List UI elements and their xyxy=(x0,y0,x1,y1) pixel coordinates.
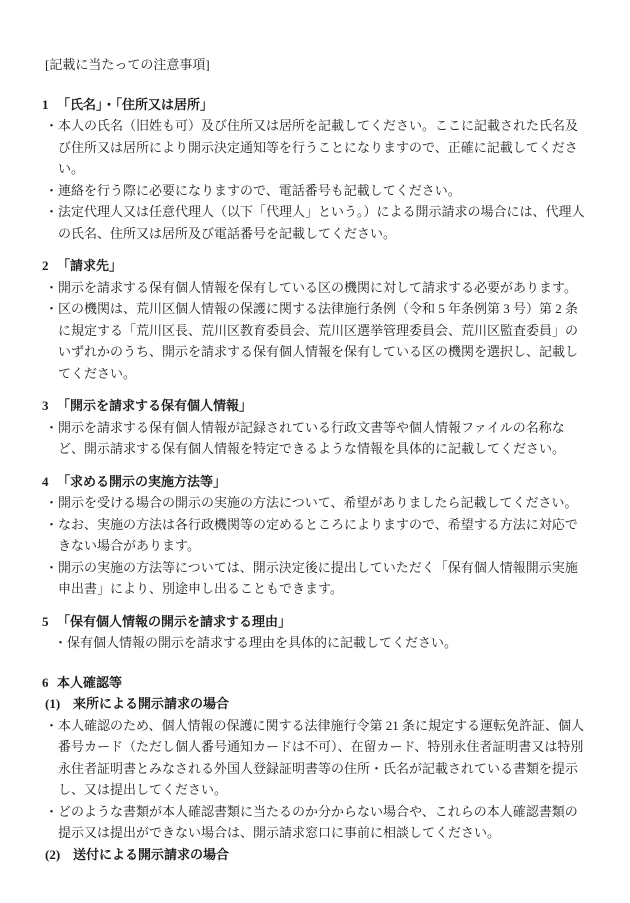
subsection-heading: 送付による開示請求の場合 xyxy=(73,844,590,866)
bullet-item: ・ 本人確認のため、個人情報の保護に関する法律施行令第 21 条に規定する運転免… xyxy=(45,715,590,801)
bullet-text: 本人確認のため、個人情報の保護に関する法律施行令第 21 条に規定する運転免許証… xyxy=(58,715,590,801)
section-header: 4 「求める開示の実施方法等」 xyxy=(42,471,590,493)
document-page: [記載に当たっての注意事項] 1 「氏名」・「住所又は居所」 ・ 本人の氏名（旧… xyxy=(0,0,630,903)
section-header: 1 「氏名」・「住所又は居所」 xyxy=(42,94,590,116)
section-riyu: 5 「保有個人情報の開示を請求する理由」 ・ 保有個人情報の開示を請求する理由を… xyxy=(42,611,590,654)
bullet-glyph: ・ xyxy=(45,115,58,180)
section-header: 3 「開示を請求する保有個人情報」 xyxy=(42,395,590,417)
section-number: 2 xyxy=(42,255,57,277)
bullet-glyph: ・ xyxy=(45,801,58,844)
bullet-glyph: ・ xyxy=(45,417,58,460)
bullet-item: ・ 区の機関は、荒川区個人情報の保護に関する法律施行条例（令和 5 年条例第 3… xyxy=(45,298,590,384)
bullet-text: 開示を請求する保有個人情報が記録されている行政文書等や個人情報ファイルの名称など… xyxy=(58,417,590,460)
bullet-item: ・ 開示を請求する保有個人情報が記録されている行政文書等や個人情報ファイルの名称… xyxy=(45,417,590,460)
bullet-item: ・ 開示を請求する保有個人情報を保有している区の機関に対して請求する必要がありま… xyxy=(45,277,590,299)
section-heading: 「保有個人情報の開示を請求する理由」 xyxy=(57,611,590,633)
section-number: 6 xyxy=(42,672,57,694)
section-honnin-kakunin: 6 本人確認等 (1) 来所による開示請求の場合 ・ 本人確認のため、個人情報の… xyxy=(42,672,590,866)
section-header: 5 「保有個人情報の開示を請求する理由」 xyxy=(42,611,590,633)
bullet-glyph: ・ xyxy=(45,298,58,384)
bullet-glyph: ・ xyxy=(45,514,58,557)
subsection-heading: 来所による開示請求の場合 xyxy=(73,693,590,715)
bullet-text: 本人の氏名（旧姓も可）及び住所又は居所を記載してください。ここに記載された氏名及… xyxy=(58,115,590,180)
bullet-glyph: ・ xyxy=(45,557,58,600)
section-kaiji-joho: 3 「開示を請求する保有個人情報」 ・ 開示を請求する保有個人情報が記録されてい… xyxy=(42,395,590,460)
section-number: 3 xyxy=(42,395,57,417)
bullet-item: ・ 連絡を行う際に必要になりますので、電話番号も記載してください。 xyxy=(45,180,590,202)
bullet-glyph: ・ xyxy=(45,715,58,801)
bullet-text: 開示を受ける場合の開示の実施の方法について、希望がありましたら記載してください。 xyxy=(58,492,590,514)
section-number: 4 xyxy=(42,471,57,493)
subsection-header-raisho: (1) 来所による開示請求の場合 xyxy=(45,693,590,715)
section-shimei: 1 「氏名」・「住所又は居所」 ・ 本人の氏名（旧姓も可）及び住所又は居所を記載… xyxy=(42,94,590,245)
section-number: 5 xyxy=(42,611,57,633)
bullet-glyph: ・ xyxy=(45,492,58,514)
bullet-glyph: ・ xyxy=(45,277,58,299)
bullet-glyph: ・ xyxy=(45,201,58,244)
section-header: 2 「請求先」 xyxy=(42,255,590,277)
bullet-text: どのような書類が本人確認書類に当たるのか分からない場合や、これらの本人確認書類の… xyxy=(58,801,590,844)
section-number: 1 xyxy=(42,94,57,116)
bullet-text: 区の機関は、荒川区個人情報の保護に関する法律施行条例（令和 5 年条例第 3 号… xyxy=(58,298,590,384)
bullet-text: 保有個人情報の開示を請求する理由を具体的に記載してください。 xyxy=(67,632,590,654)
bullet-item: ・ 開示を受ける場合の開示の実施の方法について、希望がありましたら記載してくださ… xyxy=(45,492,590,514)
bullet-text: なお、実施の方法は各行政機関等の定めるところによりますので、希望する方法に対応で… xyxy=(58,514,590,557)
subsection-header-sofu: (2) 送付による開示請求の場合 xyxy=(45,844,590,866)
section-heading: 「氏名」・「住所又は居所」 xyxy=(57,94,590,116)
bullet-text: 開示の実施の方法等については、開示決定後に提出していただく「保有個人情報開示実施… xyxy=(58,557,590,600)
section-heading: 「開示を請求する保有個人情報」 xyxy=(57,395,590,417)
bullet-text: 開示を請求する保有個人情報を保有している区の機関に対して請求する必要があります。 xyxy=(58,277,590,299)
bullet-item: ・ 本人の氏名（旧姓も可）及び住所又は居所を記載してください。ここに記載された氏… xyxy=(45,115,590,180)
bullet-glyph: ・ xyxy=(54,632,67,654)
section-header: 6 本人確認等 xyxy=(42,672,590,694)
bullet-text: 連絡を行う際に必要になりますので、電話番号も記載してください。 xyxy=(58,180,590,202)
bullet-item: ・ どのような書類が本人確認書類に当たるのか分からない場合や、これらの本人確認書… xyxy=(45,801,590,844)
bullet-item: ・ 開示の実施の方法等については、開示決定後に提出していただく「保有個人情報開示… xyxy=(45,557,590,600)
section-heading: 「請求先」 xyxy=(57,255,590,277)
subsection-label: (1) xyxy=(45,693,73,715)
bullet-glyph: ・ xyxy=(45,180,58,202)
bullet-item: ・ 法定代理人又は任意代理人（以下「代理人」という。）による開示請求の場合には、… xyxy=(45,201,590,244)
section-jisshi-hoho: 4 「求める開示の実施方法等」 ・ 開示を受ける場合の開示の実施の方法について、… xyxy=(42,471,590,600)
section-heading: 「求める開示の実施方法等」 xyxy=(57,471,590,493)
bullet-text: 法定代理人又は任意代理人（以下「代理人」という。）による開示請求の場合には、代理… xyxy=(58,201,590,244)
section-heading: 本人確認等 xyxy=(57,672,590,694)
document-title: [記載に当たっての注意事項] xyxy=(45,54,590,76)
subsection-label: (2) xyxy=(45,844,73,866)
bullet-item: ・ なお、実施の方法は各行政機関等の定めるところによりますので、希望する方法に対… xyxy=(45,514,590,557)
section-seikyusaki: 2 「請求先」 ・ 開示を請求する保有個人情報を保有している区の機関に対して請求… xyxy=(42,255,590,384)
bullet-item: ・ 保有個人情報の開示を請求する理由を具体的に記載してください。 xyxy=(54,632,590,654)
